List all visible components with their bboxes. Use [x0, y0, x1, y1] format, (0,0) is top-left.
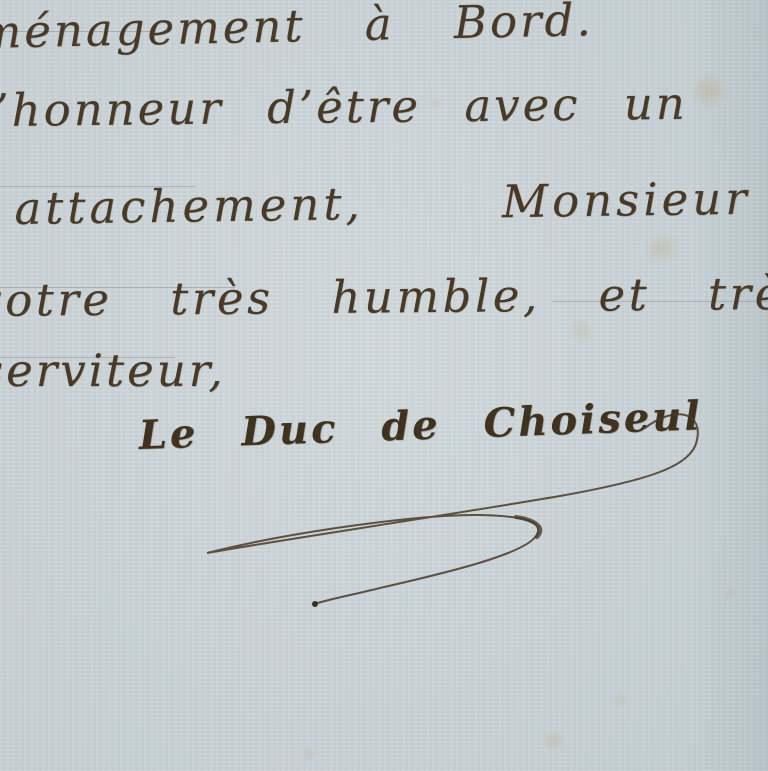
foxing-stain — [566, 318, 596, 344]
manuscript-line: votre très humble, et très — [0, 267, 768, 327]
foxing-stain — [540, 730, 566, 752]
manuscript-line: ’honneur d’être avec un — [0, 77, 688, 137]
manuscript-page: ménagement à Bord. ’honneur d’être avec … — [0, 0, 768, 771]
foxing-stain — [688, 72, 730, 110]
signature: Le Duc de Choiseul — [138, 392, 703, 459]
foxing-stain — [722, 586, 738, 600]
foxing-stain — [642, 232, 682, 266]
manuscript-line: ménagement à Bord. — [0, 0, 594, 59]
manuscript-line: attachement, Monsieur — [14, 172, 751, 235]
manuscript-line: serviteur, — [0, 344, 226, 397]
foxing-stain — [300, 746, 318, 762]
foxing-stain — [610, 690, 630, 708]
